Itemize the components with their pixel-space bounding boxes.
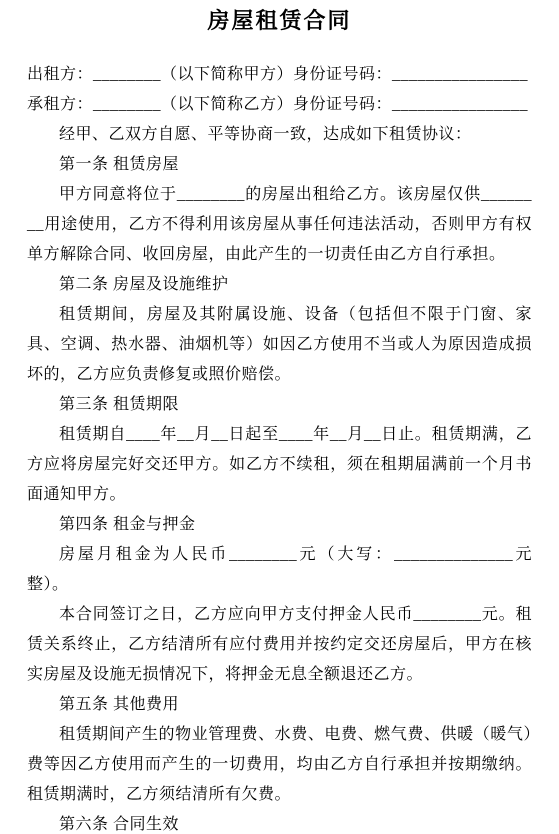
section-1-heading: 第一条 租赁房屋 <box>27 150 532 180</box>
section-3-heading: 第三条 租赁期限 <box>27 390 532 420</box>
contract-title: 房屋租赁合同 <box>27 5 532 37</box>
section-5-heading: 第五条 其他费用 <box>27 690 532 720</box>
section-2-paragraph-1: 租赁期间，房屋及其附属设施、设备（包括但不限于门窗、家具、空调、热水器、油烟机等… <box>27 300 532 390</box>
lessee-party-line: 承租方：________（以下简称乙方）身份证号码：______________… <box>27 90 532 120</box>
section-2-heading: 第二条 房屋及设施维护 <box>27 270 532 300</box>
section-4-heading: 第四条 租金与押金 <box>27 510 532 540</box>
section-1-paragraph-1: 甲方同意将位于________的房屋出租给乙方。该房屋仅供________用途使… <box>27 180 532 270</box>
contract-page: 房屋租赁合同 出租方：________（以下简称甲方）身份证号码：_______… <box>0 0 559 834</box>
lessor-party-line: 出租方：________（以下简称甲方）身份证号码：______________… <box>27 60 532 90</box>
intro-paragraph: 经甲、乙双方自愿、平等协商一致，达成如下租赁协议： <box>27 120 532 150</box>
section-3-paragraph-1: 租赁期自____年__月__日起至____年__月__日止。租赁期满，乙方应将房… <box>27 420 532 510</box>
section-5-paragraph-1: 租赁期间产生的物业管理费、水费、电费、燃气费、供暖（暖气）费等因乙方使用而产生的… <box>27 720 532 810</box>
section-6-heading: 第六条 合同生效 <box>27 810 532 834</box>
section-4-paragraph-2: 本合同签订之日，乙方应向甲方支付押金人民币________元。租赁关系终止，乙方… <box>27 600 532 690</box>
section-4-paragraph-1: 房屋月租金为人民币________元（大写：______________元整）。 <box>27 540 532 600</box>
